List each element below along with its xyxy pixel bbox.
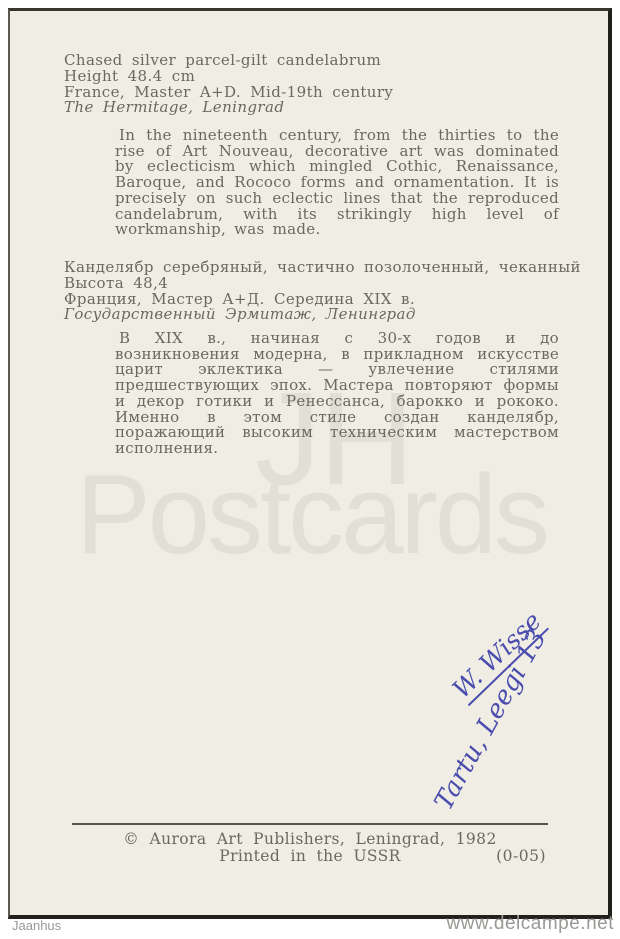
seller-watermark: Jaanhus xyxy=(12,918,61,933)
imprint-printed: Printed in the USSR xyxy=(72,848,548,865)
postcard-back: JH Postcards Chased silver parcel-gilt c… xyxy=(8,8,612,919)
description-english: In the nineteenth century, from the thir… xyxy=(115,128,559,238)
caption-ru-museum: Государственный Эрмитаж, Ленинград xyxy=(64,307,581,323)
postcard-scan: JH Postcards Chased silver parcel-gilt c… xyxy=(0,0,620,939)
caption-english: Chased silver parcel-gilt candelabrum He… xyxy=(64,53,393,116)
description-russian: В XIX в., начиная с 30-х годов и до возн… xyxy=(115,331,559,457)
caption-russian: Канделябр серебряный, частично позолочен… xyxy=(64,260,581,323)
caption-en-museum: The Hermitage, Leningrad xyxy=(64,100,393,116)
postcards-watermark: Postcards xyxy=(76,459,547,571)
delcampe-watermark: www.delcampe.net xyxy=(447,913,614,935)
imprint-publisher: © Aurora Art Publishers, Leningrad, 1982 xyxy=(72,831,548,848)
publisher-imprint: © Aurora Art Publishers, Leningrad, 1982… xyxy=(72,823,548,864)
print-run-code: (0-05) xyxy=(496,848,546,865)
